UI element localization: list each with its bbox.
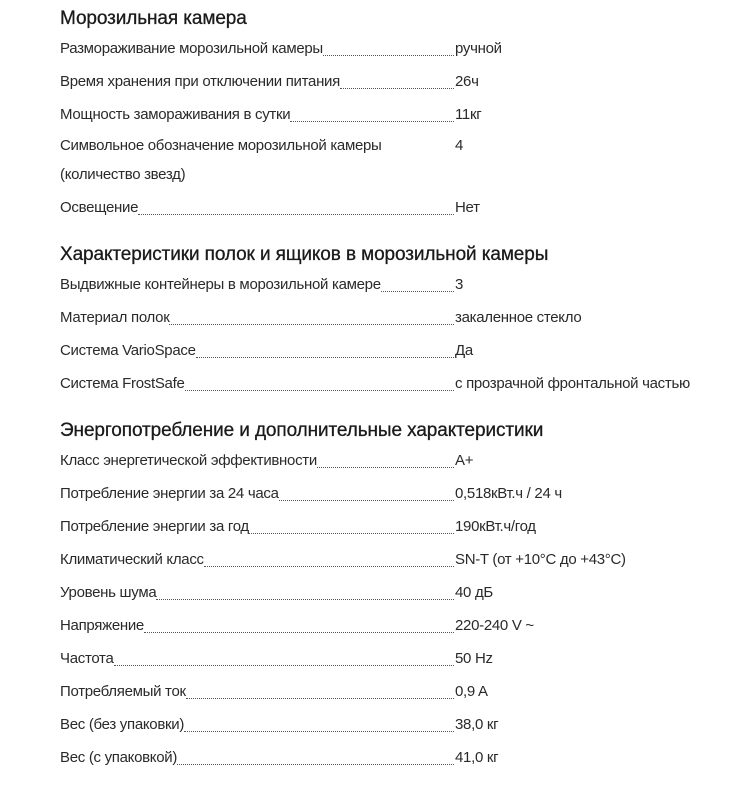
section-shelves: Характеристики полок и ящиков в морозиль…	[60, 236, 729, 400]
spec-row: Материал полок закаленное стекло	[60, 301, 729, 334]
dotted-leader	[381, 291, 454, 292]
spec-label: Потребление энергии за 24 часа	[60, 484, 279, 504]
spec-label: Уровень шума	[60, 583, 156, 603]
dotted-leader	[186, 698, 454, 699]
dotted-leader	[184, 731, 454, 732]
specifications: Морозильная камера Размораживание морози…	[60, 0, 729, 774]
spec-label: Материал полок	[60, 308, 169, 328]
spec-label: Напряжение	[60, 616, 144, 636]
spec-value: с прозрачной фронтальной частью	[454, 374, 690, 394]
spec-row: Климатический класс SN-T (от +10°C до +4…	[60, 543, 729, 576]
spec-label: Климатический класс	[60, 550, 204, 570]
spec-row: Размораживание морозильной камеры ручной	[60, 32, 729, 65]
spec-value: A+	[454, 451, 473, 471]
spec-row: Уровень шума 40 дБ	[60, 576, 729, 609]
spec-value: 11кг	[454, 105, 481, 125]
dotted-leader	[138, 214, 454, 215]
spec-value: 0,9 A	[454, 682, 488, 702]
spec-value: 40 дБ	[454, 583, 493, 603]
spec-label: Потребление энергии за год	[60, 517, 249, 537]
spec-row: Время хранения при отключении питания 26…	[60, 65, 729, 98]
spec-row: Выдвижные контейнеры в морозильной камер…	[60, 268, 729, 301]
spec-row: Класс энергетической эффективности A+	[60, 444, 729, 477]
dotted-leader	[279, 500, 454, 501]
spec-label: Размораживание морозильной камеры	[60, 39, 323, 59]
spec-value: 0,518кВт.ч / 24 ч	[454, 484, 562, 504]
spec-value: 3	[454, 275, 463, 295]
spec-value: 38,0 кг	[454, 715, 498, 735]
section-freezer: Морозильная камера Размораживание морози…	[60, 0, 729, 224]
dotted-leader	[177, 764, 454, 765]
dotted-leader	[114, 665, 455, 666]
spec-label: Вес (без упаковки)	[60, 715, 184, 735]
spec-label: Выдвижные контейнеры в морозильной камер…	[60, 275, 381, 295]
dotted-leader	[317, 467, 454, 468]
spec-label: Мощность замораживания в сутки	[60, 105, 290, 125]
dotted-leader	[185, 390, 454, 391]
dotted-leader	[323, 55, 454, 56]
spec-value: 26ч	[454, 72, 479, 92]
spec-row: Освещение Нет	[60, 191, 729, 224]
spec-label: Время хранения при отключении питания	[60, 72, 340, 92]
spec-label: Система FrostSafe	[60, 374, 185, 394]
dotted-leader	[204, 566, 454, 567]
spec-value: SN-T (от +10°C до +43°C)	[454, 550, 626, 570]
section-title: Энергопотребление и дополнительные харак…	[60, 412, 729, 444]
dotted-leader	[196, 357, 454, 358]
spec-label: Система VarioSpace	[60, 341, 196, 361]
spec-value: 220-240 V ~	[454, 616, 534, 636]
spec-value: 41,0 кг	[454, 748, 498, 768]
spec-row: Потребляемый ток 0,9 A	[60, 675, 729, 708]
spec-row: Потребление энергии за 24 часа 0,518кВт.…	[60, 477, 729, 510]
dotted-leader	[340, 88, 454, 89]
section-title: Характеристики полок и ящиков в морозиль…	[60, 236, 729, 268]
spec-value: 50 Hz	[454, 649, 493, 669]
spec-label: Потребляемый ток	[60, 682, 186, 702]
spec-label: Освещение	[60, 198, 138, 218]
spec-value: ручной	[454, 39, 502, 59]
spec-row: Потребление энергии за год 190кВт.ч/год	[60, 510, 729, 543]
spec-row: Система FrostSafe с прозрачной фронтальн…	[60, 367, 729, 400]
spec-label: Частота	[60, 649, 114, 669]
spec-row: Символьное обозначение морозильной камер…	[60, 131, 729, 191]
spec-row: Мощность замораживания в сутки 11кг	[60, 98, 729, 131]
dotted-leader	[156, 599, 454, 600]
dotted-leader	[144, 632, 454, 633]
section-energy: Энергопотребление и дополнительные харак…	[60, 412, 729, 774]
section-title: Морозильная камера	[60, 0, 729, 32]
spec-value: закаленное стекло	[454, 308, 581, 328]
spec-row: Вес (с упаковкой) 41,0 кг	[60, 741, 729, 774]
spec-value: Да	[454, 341, 473, 361]
spec-value: 4	[454, 131, 463, 160]
dotted-leader	[290, 121, 454, 122]
spec-label: Класс энергетической эффективности	[60, 451, 317, 471]
spec-value: Нет	[454, 198, 480, 218]
dotted-leader	[249, 533, 454, 534]
spec-row: Напряжение 220-240 V ~	[60, 609, 729, 642]
spec-label: Вес (с упаковкой)	[60, 748, 177, 768]
dotted-leader	[169, 324, 454, 325]
spec-row: Система VarioSpace Да	[60, 334, 729, 367]
spec-value: 190кВт.ч/год	[454, 517, 536, 537]
spec-row: Вес (без упаковки) 38,0 кг	[60, 708, 729, 741]
spec-row: Частота 50 Hz	[60, 642, 729, 675]
spec-label: Символьное обозначение морозильной камер…	[60, 131, 454, 189]
